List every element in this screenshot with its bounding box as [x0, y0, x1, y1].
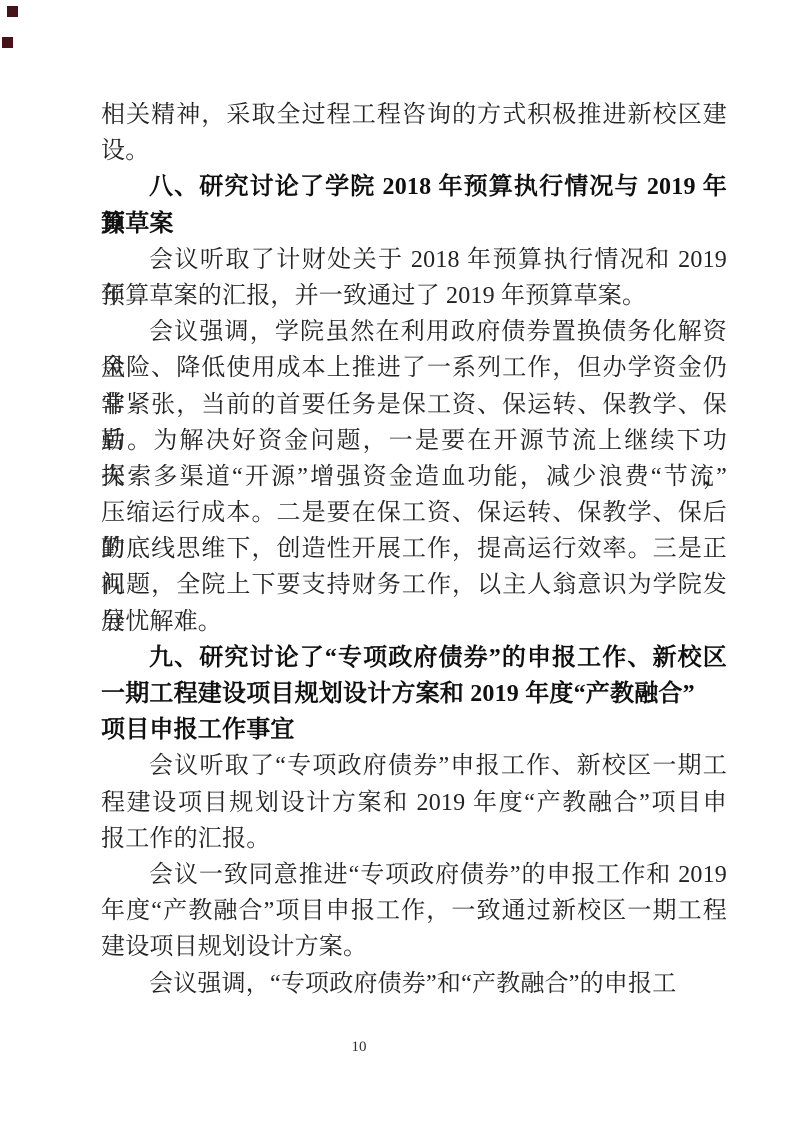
paragraph-budget-hearing: 会议听取了计财处关于 2018 年预算执行情况和 2019 年预算草案的汇报，并…: [101, 242, 727, 314]
document-body: 相关精神，采取全过程工程咨询的方式积极推进新校区建设。八、研究讨论了学院 201…: [101, 97, 727, 1002]
text-line: 勤。为解决好资金问题，一是要在开源节流上继续下功夫，: [101, 423, 727, 459]
text-line: 程建设项目规划设计方案和 2019 年度“产教融合”项目申: [101, 785, 727, 821]
paragraph-budget-emphasis: 会议强调，学院虽然在利用政府债券置换债务化解资金风险、降低使用成本上推进了一系列…: [101, 314, 727, 640]
document-page: 相关精神，采取全过程工程咨询的方式积极推进新校区建设。八、研究讨论了学院 201…: [0, 0, 793, 1122]
text-line: 压缩运行成本。二是要在保工资、保运转、保教学、保后勤: [101, 495, 727, 531]
text-line: 探索多渠道“开源”增强资金造血功能，减少浪费“节流”: [101, 459, 727, 495]
scan-artifact-mark: [7, 6, 18, 17]
text-line: 风险、降低使用成本上推进了一系列工作，但办学资金仍非: [101, 350, 727, 386]
paragraph-bond-hearing: 会议听取了“专项政府债券”申报工作、新校区一期工程建设项目规划设计方案和 201…: [101, 748, 727, 857]
paragraph-bond-emphasis: 会议强调，“专项政府债券”和“产教融合”的申报工: [101, 966, 727, 1002]
text-line: 建设项目规划设计方案。: [101, 929, 727, 965]
scan-artifact-mark: [2, 37, 13, 48]
text-line: 相关精神，采取全过程工程咨询的方式积极推进新校区建: [101, 97, 727, 133]
text-line: 会议强调，学院虽然在利用政府债券置换债务化解资金: [101, 314, 727, 350]
text-line: 会议听取了“专项政府债券”申报工作、新校区一期工: [101, 748, 727, 784]
heading-item-8-budget: 八、研究讨论了学院 2018 年预算执行情况与 2019 年预算草案: [101, 169, 727, 241]
text-line: 八、研究讨论了学院 2018 年预算执行情况与 2019 年预: [101, 169, 727, 205]
text-line: 项目申报工作事宜: [101, 712, 727, 748]
text-line: 设。: [101, 133, 727, 169]
text-line: 的底线思维下，创造性开展工作，提高运行效率。三是正视: [101, 531, 727, 567]
text-line: 会议听取了计财处关于 2018 年预算执行情况和 2019 年: [101, 242, 727, 278]
paragraph-bond-approval: 会议一致同意推进“专项政府债券”的申报工作和 2019年度“产教融合”项目申报工…: [101, 857, 727, 966]
text-line: 问题，全院上下要支持财务工作，以主人翁意识为学院发展: [101, 567, 727, 603]
text-line: 九、研究讨论了“专项政府债券”的申报工作、新校区: [101, 640, 727, 676]
text-line: 会议强调，“专项政府债券”和“产教融合”的申报工: [101, 966, 727, 1002]
text-line: 算草案: [101, 206, 727, 242]
text-line: 分忧解难。: [101, 604, 727, 640]
heading-item-9-bonds-projects: 九、研究讨论了“专项政府债券”的申报工作、新校区一期工程建设项目规划设计方案和 …: [101, 640, 727, 749]
text-line: 会议一致同意推进“专项政府债券”的申报工作和 2019: [101, 857, 727, 893]
text-line: 常紧张，当前的首要任务是保工资、保运转、保教学、保后: [101, 387, 727, 423]
page-number: 10: [0, 1039, 718, 1056]
text-line: 一期工程建设项目规划设计方案和 2019 年度“产教融合”: [101, 676, 727, 712]
text-line: 预算草案的汇报，并一致通过了 2019 年预算草案。: [101, 278, 727, 314]
text-line: 年度“产教融合”项目申报工作，一致通过新校区一期工程: [101, 893, 727, 929]
paragraph-continuation-campus-construction: 相关精神，采取全过程工程咨询的方式积极推进新校区建设。: [101, 97, 727, 169]
text-line: 报工作的汇报。: [101, 821, 727, 857]
